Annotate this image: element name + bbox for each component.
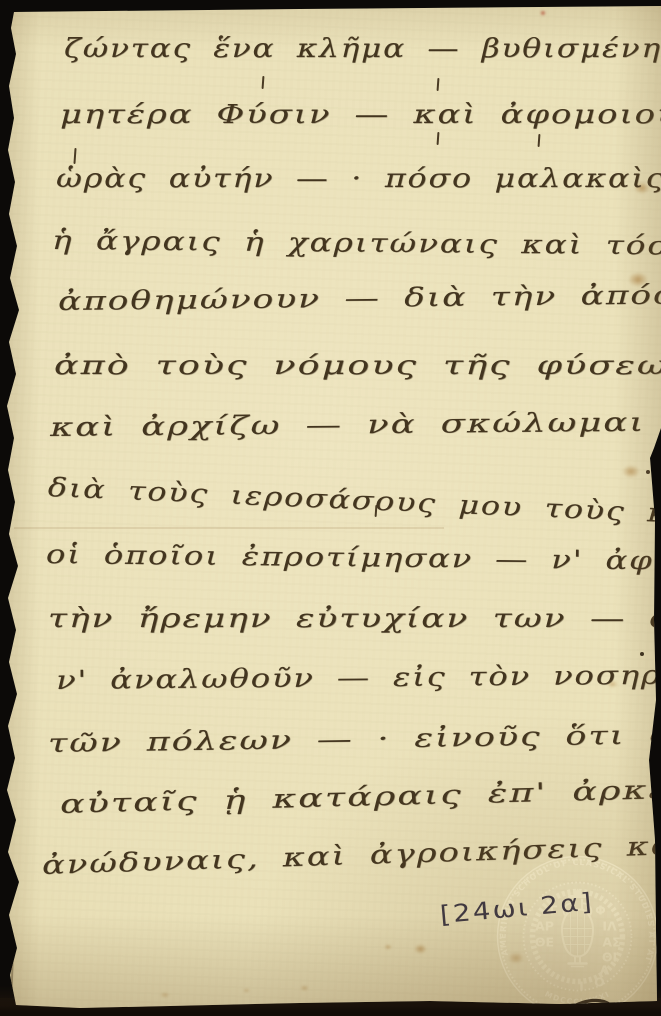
handwriting-line: τὴν ἤρεμην εὐτυχίαν των — διὰ: [48, 604, 661, 634]
handwriting-line: ὡρὰς αὐτήν — · πόσο μαλακαὶς ἦσαν: [56, 164, 661, 194]
paper-crease: [14, 527, 444, 529]
handwriting-line: οἱ ὁποῖοι ἐπροτίμησαν — ν' ἀφήσουν: [46, 540, 661, 578]
handwriting-line: διὰ τοὺς ιεροσάσους μου τοὺς καϋμένος: [47, 473, 661, 535]
ink-tick: [437, 78, 440, 91]
foxing-stain: [243, 988, 250, 993]
handwriting-line: καὶ ἀρχίζω — νὰ σκώλωμαι — δεινὰ: [50, 406, 661, 443]
ink-tick: [262, 76, 265, 89]
foxing-stain: [160, 992, 170, 998]
seal-letter: ΑΣ: [602, 935, 620, 950]
ink-tick: [437, 132, 440, 145]
handwriting-line: μητέρα Φύσιν — καὶ ἀφομοιουμένη: [60, 100, 661, 130]
handwriting-line: ἀπὸ τοὺς νόμους τῆς φύσεως ·: [54, 351, 661, 381]
ink-speck: [646, 470, 650, 474]
handwriting-line: ἡ ἄγραις ἡ χαριτώναις καὶ τόσο λίγο: [52, 226, 661, 262]
handwriting-line: αὐταῖς ᾑ κατάραις ἐπ' ἀρκετὰ: [60, 774, 661, 820]
foxing-stain: [384, 944, 392, 950]
foxing-stain: [300, 985, 309, 991]
seal-letter: Ο: [594, 975, 605, 990]
seal-letter: Φ: [595, 903, 606, 918]
foxing-stain: [622, 465, 640, 478]
seal-letter: Ι: [579, 979, 584, 994]
handwriting-line: τῶν πόλεων — · εἰνοῦς ὅτι ἄγαις: [48, 719, 661, 759]
seal-letter: ΘΕ: [535, 935, 554, 950]
handwriting-line: ν' ἀναλωθοῦν — εἰς τὸν νοσηρὸν βίον ·: [56, 659, 661, 696]
handwriting-line: ζώντας ἕνα κλῆμα — βυθισμένην ὁλὴν: [64, 34, 661, 64]
red-speck: [540, 10, 546, 16]
handwriting-line: ἀποθημώνουν — διὰ τὴν ἀπόστασι —: [58, 279, 661, 317]
paper-sheet: AMERICAN SCHOOL OF CLASSICAL STUDIES AT …: [0, 0, 661, 1016]
ink-tick: [538, 134, 541, 147]
seal-letter: ΙΛ: [602, 919, 617, 934]
ink-tick: [73, 148, 77, 164]
library-seal: AMERICAN SCHOOL OF CLASSICAL STUDIES AT …: [494, 853, 661, 1016]
seal-letter: ΑΡ: [535, 919, 554, 934]
foxing-stain: [414, 944, 427, 954]
scanned-page: AMERICAN SCHOOL OF CLASSICAL STUDIES AT …: [0, 0, 661, 1016]
ink-speck: [640, 652, 644, 656]
